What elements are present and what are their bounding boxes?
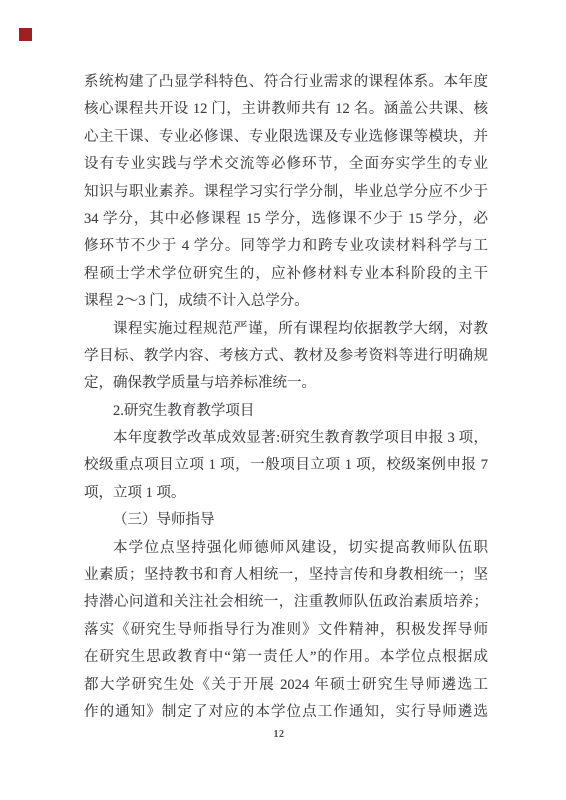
text-line: 定，确保教学质量与培养标准统一。: [84, 370, 488, 397]
text-block: 系统构建了凸显学科特色、符合行业需求的课程体系。本年度核心课程共开设 12 门，…: [84, 69, 488, 726]
text-line: 项，立项 1 项。: [84, 480, 488, 507]
text-line: 程硕士学术学位研究生的，应补修材料专业本科阶段的主干: [84, 261, 488, 288]
text-line: 业素质；坚持教书和育人相统一，坚持言传和身教相统一；坚: [84, 562, 488, 589]
text-line: 持潜心问道和关注社会相统一，注重教师队伍政治素质培养；: [84, 589, 488, 616]
text-line: 核心课程共开设 12 门，主讲教师共有 12 名。涵盖公共课、核: [84, 96, 488, 123]
text-line: 知识与职业素养。课程学习实行学分制，毕业总学分应不少于: [84, 179, 488, 206]
text-line: 修环节不少于 4 学分。同等学力和跨专业攻读材料科学与工: [84, 233, 488, 260]
text-line: 系统构建了凸显学科特色、符合行业需求的课程体系。本年度: [84, 69, 488, 96]
text-line: 学目标、教学内容、考核方式、教材及参考资料等进行明确规: [84, 343, 488, 370]
text-line: 课程 2～3 门，成绩不计入总学分。: [84, 288, 488, 315]
text-line: 落实《研究生导师指导行为准则》文件精神，积极发挥导师: [84, 617, 488, 644]
text-line: 课程实施过程规范严谨，所有课程均依据教学大纲，对教: [84, 316, 488, 343]
text-line: （三）导师指导: [84, 507, 488, 534]
text-line: 本学位点坚持强化师德师风建设，切实提高教师队伍职: [84, 535, 488, 562]
text-line: 2.研究生教育教学项目: [84, 398, 488, 425]
page-number: 12: [0, 729, 562, 740]
text-line: 34 学分，其中必修课程 15 学分，选修课不少于 15 学分，必: [84, 206, 488, 233]
text-line: 在研究生思政教育中“第一责任人”的作用。本学位点根据成: [84, 644, 488, 671]
document-page: 系统构建了凸显学科特色、符合行业需求的课程体系。本年度核心课程共开设 12 门，…: [0, 0, 566, 800]
text-line: 本年度教学改革成效显著:研究生教育教学项目申报 3 项，: [84, 425, 488, 452]
text-line: 设有专业实践与学术交流等必修环节，全面夯实学生的专业: [84, 151, 488, 178]
text-line: 校级重点项目立项 1 项，一般项目立项 1 项，校级案例申报 7: [84, 452, 488, 479]
red-mark: [19, 28, 32, 41]
text-line: 作的通知》制定了对应的本学位点工作通知，实行导师遴选: [84, 699, 488, 726]
text-line: 心主干课、专业必修课、专业限选课及专业选修课等模块，并: [84, 124, 488, 151]
text-line: 都大学研究生处《关于开展 2024 年硕士研究生导师遴选工: [84, 672, 488, 699]
